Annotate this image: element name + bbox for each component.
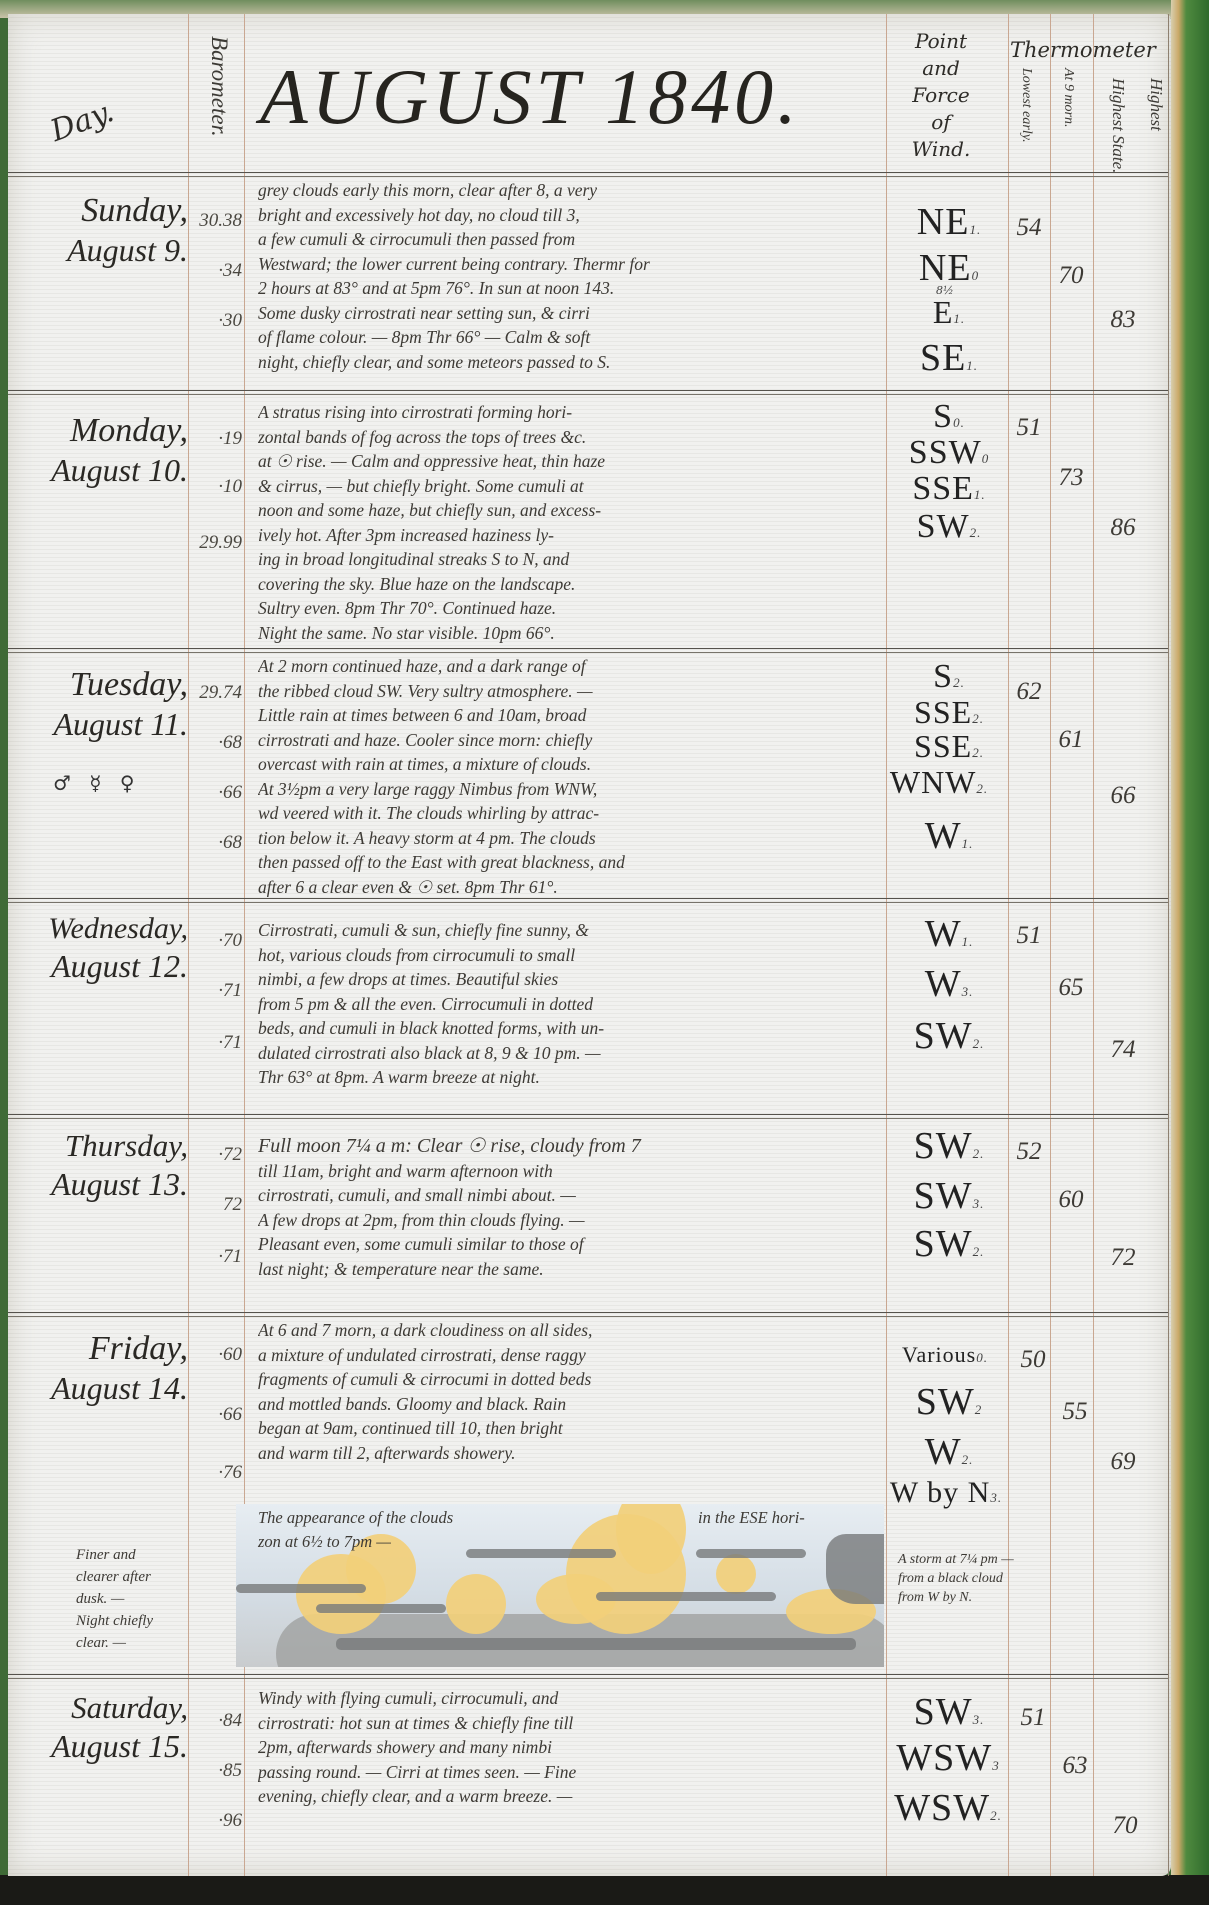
entry-rule bbox=[8, 1674, 1168, 1679]
therm-low: 51 bbox=[1004, 922, 1054, 950]
wind-direction: W bbox=[925, 1431, 962, 1473]
margin-note: Finer and clearer after dusk. — Night ch… bbox=[76, 1544, 153, 1654]
wind-reading: SW2. bbox=[894, 1014, 1004, 1058]
note-line: Thr 63° at 8pm. A warm breeze at night. bbox=[258, 1065, 890, 1090]
sketch-caption: The appearance of the clouds bbox=[258, 1508, 453, 1528]
wind-note-line: from a black cloud bbox=[898, 1569, 1014, 1588]
col-rule-extra bbox=[1168, 14, 1169, 1876]
note-line: noon and some haze, but chiefly sun, and… bbox=[258, 498, 890, 523]
note-line: and warm till 2, afterwards showery. bbox=[258, 1441, 890, 1466]
barometer-reading: ·66 bbox=[186, 1404, 242, 1426]
wind-direction: SW bbox=[914, 1223, 973, 1265]
sketch-stratus-band bbox=[336, 1638, 856, 1650]
wind-force: 1. bbox=[962, 934, 974, 949]
wind-force: 2. bbox=[972, 745, 984, 760]
therm-9am: 61 bbox=[1046, 726, 1096, 754]
note-line: began at 9am, continued till 10, then br… bbox=[258, 1416, 890, 1441]
wind-reading: SSW0 bbox=[894, 434, 1004, 472]
wind-note-line: from W by N. bbox=[898, 1588, 1014, 1607]
note-line: the ribbed cloud SW. Very sultry atmosph… bbox=[258, 679, 890, 704]
note-line: cirrostrati, cumuli, and small nimbi abo… bbox=[258, 1183, 890, 1208]
note-line: ing in broad longitudinal streaks S to N… bbox=[258, 547, 890, 572]
barometer-reading: ·70 bbox=[186, 930, 242, 952]
note-line: 2 hours at 83° and at 5pm 76°. In sun at… bbox=[258, 276, 890, 301]
day-label: Thursday, August 13. bbox=[38, 1128, 188, 1203]
wind-force: 1. bbox=[966, 358, 978, 373]
note-line: a few cumuli & cirrocumuli then passed f… bbox=[258, 227, 890, 252]
barometer-reading: ·66 bbox=[186, 782, 242, 804]
wind-reading: WNW2. bbox=[884, 764, 994, 801]
weather-notes: grey clouds early this morn, clear after… bbox=[258, 178, 890, 374]
therm-9am: 70 bbox=[1046, 262, 1096, 290]
weather-notes: Full moon 7¼ a m: Clear ☉ rise, cloudy f… bbox=[258, 1134, 890, 1281]
note-line: nimbi, a few drops at times. Beautiful s… bbox=[258, 967, 890, 992]
note-line: cirrostrati: hot sun at times & chiefly … bbox=[258, 1711, 890, 1736]
wind-reading: S0. bbox=[894, 398, 1004, 436]
wind-force: 2. bbox=[976, 781, 988, 796]
day-date: August 11. bbox=[38, 706, 188, 743]
day-date: August 9. bbox=[38, 232, 188, 269]
wind-force: 2. bbox=[990, 1808, 1002, 1823]
note-line: evening, chiefly clear, and a warm breez… bbox=[258, 1784, 890, 1809]
wind-direction: SW bbox=[914, 1175, 973, 1217]
note-line: fragments of cumuli & cirrocumi in dotte… bbox=[258, 1367, 890, 1392]
therm-low: 51 bbox=[1004, 414, 1054, 442]
note-line: & cirrus, — but chiefly bright. Some cum… bbox=[258, 474, 890, 499]
barometer-reading: ·71 bbox=[186, 980, 242, 1002]
therm-9am: 65 bbox=[1046, 974, 1096, 1002]
wind-force: 2 bbox=[975, 1402, 983, 1417]
wind-reading: SW2. bbox=[894, 508, 1004, 546]
sketch-cumulus bbox=[446, 1574, 506, 1634]
book-binding bbox=[1171, 0, 1209, 1905]
day-name: Wednesday, bbox=[38, 912, 188, 946]
col-rule-therm-high bbox=[1093, 14, 1094, 1876]
sketch-stratus-band bbox=[466, 1549, 616, 1558]
sketch-caption: in the ESE hori- bbox=[698, 1508, 805, 1528]
wind-direction: SW bbox=[914, 1125, 973, 1167]
barometer-reading: ·19 bbox=[186, 428, 242, 450]
header-wind-line: and bbox=[896, 55, 986, 82]
wind-direction: W bbox=[925, 913, 962, 955]
wind-force: 3. bbox=[962, 984, 974, 999]
weather-notes: At 6 and 7 morn, a dark cloudiness on al… bbox=[258, 1318, 890, 1465]
sketch-dark-cloud bbox=[826, 1534, 884, 1604]
entry-rule bbox=[8, 1312, 1168, 1317]
wind-direction: Various bbox=[902, 1342, 976, 1367]
wind-reading: W2. bbox=[894, 1430, 1004, 1474]
wind-direction: SSE bbox=[914, 728, 972, 764]
note-line: night, chiefly clear, and some meteors p… bbox=[258, 350, 890, 375]
day-date: August 15. bbox=[38, 1728, 188, 1765]
note-line: hot, various clouds from cirrocumuli to … bbox=[258, 943, 890, 968]
wind-force: 0 bbox=[972, 268, 980, 283]
wind-reading: WSW2. bbox=[886, 1786, 1010, 1830]
wind-force: 2. bbox=[973, 1146, 985, 1161]
day-name: Monday, bbox=[38, 412, 188, 450]
day-name: Sunday, bbox=[38, 192, 188, 230]
therm-high: 74 bbox=[1098, 1036, 1148, 1064]
barometer-reading: ·68 bbox=[186, 732, 242, 754]
margin-note-line: clearer after bbox=[76, 1566, 153, 1588]
barometer-reading: ·34 bbox=[186, 260, 242, 282]
barometer-reading: 29.74 bbox=[186, 682, 242, 704]
barometer-reading: ·68 bbox=[186, 832, 242, 854]
wind-force: 0 bbox=[982, 451, 990, 466]
wind-force: 3. bbox=[990, 1490, 1002, 1505]
ledger-page: Day. Barometer. AUGUST 1840. Point and F… bbox=[8, 14, 1171, 1876]
entry-rule bbox=[8, 390, 1168, 395]
wind-reading: Various0. bbox=[890, 1342, 1000, 1368]
sketch-cumulus bbox=[716, 1554, 756, 1594]
note-line: Night the same. No star visible. 10pm 66… bbox=[258, 621, 890, 646]
wind-reading: SW3. bbox=[894, 1174, 1004, 1218]
wind-reading: WSW3 bbox=[886, 1736, 1010, 1780]
note-line: last night; & temperature near the same. bbox=[258, 1257, 890, 1282]
note-line: At 2 morn continued haze, and a dark ran… bbox=[258, 654, 890, 679]
wind-direction: E bbox=[933, 294, 954, 330]
day-date: August 13. bbox=[38, 1166, 188, 1203]
note-line: Cirrostrati, cumuli & sun, chiefly fine … bbox=[258, 918, 890, 943]
day-name: Friday, bbox=[38, 1330, 188, 1368]
wind-direction: W by N bbox=[890, 1476, 990, 1509]
day-label: Saturday, August 15. bbox=[38, 1690, 188, 1765]
book-edge-bottom bbox=[0, 1875, 1209, 1905]
day-date: August 12. bbox=[38, 948, 188, 985]
day-name: Thursday, bbox=[38, 1128, 188, 1164]
weather-notes: Cirrostrati, cumuli & sun, chiefly fine … bbox=[258, 918, 890, 1090]
wind-direction: WSW bbox=[896, 1737, 992, 1779]
wind-force: 1. bbox=[962, 836, 974, 851]
therm-9am: 60 bbox=[1046, 1186, 1096, 1214]
header-wind-line: Wind. bbox=[896, 136, 986, 163]
page-title: AUGUST 1840. bbox=[260, 52, 801, 142]
wind-reading: SSE2. bbox=[894, 728, 1004, 765]
barometer-reading: ·71 bbox=[186, 1032, 242, 1054]
wind-direction: SW bbox=[914, 1691, 973, 1733]
note-line: bright and excessively hot day, no cloud… bbox=[258, 203, 890, 228]
wind-reading: SSE1. bbox=[894, 470, 1004, 508]
wind-reading: SSE2. bbox=[894, 694, 1004, 731]
day-name: Tuesday, bbox=[38, 666, 188, 704]
therm-low: 52 bbox=[1004, 1138, 1054, 1166]
note-line: Full moon 7¼ a m: Clear ☉ rise, cloudy f… bbox=[258, 1134, 890, 1159]
day-label: Tuesday, August 11. bbox=[38, 666, 188, 743]
therm-low: 62 bbox=[1004, 678, 1054, 706]
note-line: Westward; the lower current being contra… bbox=[258, 252, 890, 277]
header-wind-line: of bbox=[896, 109, 986, 136]
wind-direction: SSE bbox=[912, 470, 974, 507]
entry-rule bbox=[8, 1114, 1168, 1119]
wind-reading: SW2. bbox=[894, 1222, 1004, 1266]
day-label: Monday, August 10. bbox=[38, 412, 188, 489]
note-line: At 3½pm a very large raggy Nimbus from W… bbox=[258, 777, 890, 802]
note-line: Pleasant even, some cumuli similar to th… bbox=[258, 1232, 890, 1257]
entry-rule bbox=[8, 898, 1168, 903]
therm-9am: 55 bbox=[1050, 1398, 1100, 1426]
wind-force: 1. bbox=[953, 311, 965, 326]
note-line: and mottled bands. Gloomy and black. Rai… bbox=[258, 1392, 890, 1417]
wind-force: 1. bbox=[969, 222, 981, 237]
note-line: grey clouds early this morn, clear after… bbox=[258, 178, 890, 203]
note-line: covering the sky. Blue haze on the lands… bbox=[258, 572, 890, 597]
wind-reading: SW2 bbox=[894, 1380, 1004, 1424]
wind-force: 2. bbox=[973, 1036, 985, 1051]
wind-reading: S2. bbox=[894, 658, 1004, 696]
weather-notes: A stratus rising into cirrostrati formin… bbox=[258, 400, 890, 645]
sketch-stratus-band bbox=[696, 1549, 806, 1558]
barometer-reading: ·60 bbox=[186, 1344, 242, 1366]
wind-direction: W bbox=[925, 815, 962, 857]
wind-direction: SW bbox=[914, 1015, 973, 1057]
wind-force: 2. bbox=[973, 1244, 985, 1259]
wind-reading: W3. bbox=[894, 962, 1004, 1006]
wind-reading: SW2. bbox=[894, 1124, 1004, 1168]
header-day: Day. bbox=[46, 94, 119, 149]
wind-direction: SW bbox=[917, 508, 970, 545]
note-line: Some dusky cirrostrati near setting sun,… bbox=[258, 301, 890, 326]
header-barometer: Barometer. bbox=[206, 36, 232, 137]
therm-high: 83 bbox=[1098, 306, 1148, 334]
note-line: At 6 and 7 morn, a dark cloudiness on al… bbox=[258, 1318, 890, 1343]
wind-force: 0. bbox=[953, 415, 965, 430]
barometer-reading: 72 bbox=[186, 1194, 242, 1216]
note-line: zontal bands of fog across the tops of t… bbox=[258, 425, 890, 450]
barometer-reading: ·72 bbox=[186, 1144, 242, 1166]
barometer-reading: ·84 bbox=[186, 1710, 242, 1732]
header-rule bbox=[8, 172, 1168, 177]
therm-9am: 63 bbox=[1050, 1752, 1100, 1780]
day-date: August 10. bbox=[38, 452, 188, 489]
wind-direction: S bbox=[933, 398, 953, 435]
day-name: Saturday, bbox=[38, 1690, 188, 1726]
wind-force: 0. bbox=[976, 1350, 988, 1365]
wind-reading: W1. bbox=[894, 814, 1004, 858]
note-line: from 5 pm & all the even. Cirrocumuli in… bbox=[258, 992, 890, 1017]
wind-direction: WNW bbox=[890, 764, 977, 800]
note-line: passing round. — Cirri at times seen. — … bbox=[258, 1760, 890, 1785]
wind-direction: SW bbox=[916, 1381, 975, 1423]
wind-direction: SE bbox=[920, 337, 966, 379]
therm-high: 72 bbox=[1098, 1244, 1148, 1272]
note-line: dulated cirrostrati also black at 8, 9 &… bbox=[258, 1041, 890, 1066]
wind-force: 3. bbox=[973, 1196, 985, 1211]
wind-force: 2. bbox=[953, 675, 965, 690]
cloud-sketch-illustration bbox=[236, 1504, 884, 1667]
barometer-reading: 29.99 bbox=[186, 532, 242, 554]
wind-reading: SE1. bbox=[894, 336, 1004, 380]
sketch-stratus-band bbox=[596, 1592, 776, 1601]
day-label: Sunday, August 9. bbox=[38, 192, 188, 269]
wind-reading: SW3. bbox=[894, 1690, 1004, 1734]
sketch-caption: zon at 6½ to 7pm — bbox=[258, 1532, 391, 1552]
planet-symbols: ♂ ☿ ♀ bbox=[53, 771, 141, 795]
entry-rule bbox=[8, 648, 1168, 653]
wind-storm-note: A storm at 7¼ pm — from a black cloud fr… bbox=[898, 1550, 1014, 1607]
wind-reading: E1. bbox=[894, 294, 1004, 331]
wind-reading: W1. bbox=[894, 912, 1004, 956]
note-line: tion below it. A heavy storm at 4 pm. Th… bbox=[258, 826, 890, 851]
day-label: Wednesday, August 12. bbox=[38, 912, 188, 985]
margin-note-line: Night chiefly bbox=[76, 1610, 153, 1632]
margin-note-line: dusk. — bbox=[76, 1588, 153, 1610]
therm-low: 51 bbox=[1008, 1704, 1058, 1732]
header-thermometer: Thermometer bbox=[1010, 38, 1156, 62]
barometer-reading: ·76 bbox=[186, 1462, 242, 1484]
header-wind-line: Force bbox=[896, 82, 986, 109]
day-date: August 14. bbox=[38, 1370, 188, 1407]
note-line: then passed off to the East with great b… bbox=[258, 850, 890, 875]
therm-high: 69 bbox=[1098, 1448, 1148, 1476]
note-line: of flame colour. — 8pm Thr 66° — Calm & … bbox=[258, 325, 890, 350]
wind-force: 1. bbox=[974, 487, 986, 502]
note-line: after 6 a clear even & ☉ set. 8pm Thr 61… bbox=[258, 875, 890, 900]
barometer-reading: ·10 bbox=[186, 476, 242, 498]
note-line: a mixture of undulated cirrostrati, dens… bbox=[258, 1343, 890, 1368]
note-line: A stratus rising into cirrostrati formin… bbox=[258, 400, 890, 425]
sketch-stratus-band bbox=[236, 1584, 366, 1593]
sketch-stratus-band bbox=[316, 1604, 446, 1613]
note-line: cirrostrati and haze. Cooler since morn:… bbox=[258, 728, 890, 753]
weather-notes: At 2 morn continued haze, and a dark ran… bbox=[258, 654, 890, 899]
wind-reading: NE1. bbox=[894, 200, 1004, 244]
wind-reading: W by N3. bbox=[886, 1476, 1006, 1510]
note-line: at ☉ rise. — Calm and oppressive heat, t… bbox=[258, 449, 890, 474]
wind-force: 3 bbox=[992, 1758, 1000, 1773]
therm-high: 66 bbox=[1098, 782, 1148, 810]
margin-note-line: Finer and bbox=[76, 1544, 153, 1566]
wind-direction: W bbox=[925, 963, 962, 1005]
wind-force: 2. bbox=[972, 711, 984, 726]
wind-direction: SSW bbox=[909, 434, 982, 471]
note-line: Little rain at times between 6 and 10am,… bbox=[258, 703, 890, 728]
note-line: overcast with rain at times, a mixture o… bbox=[258, 752, 890, 777]
note-line: Sultry even. 8pm Thr 70°. Continued haze… bbox=[258, 596, 890, 621]
therm-9am: 73 bbox=[1046, 464, 1096, 492]
day-label: Friday, August 14. bbox=[38, 1330, 188, 1407]
barometer-reading: ·30 bbox=[186, 310, 242, 332]
therm-high: 86 bbox=[1098, 514, 1148, 542]
wind-direction: NE bbox=[917, 201, 970, 243]
header-therm-9am: At 9 morn. bbox=[1060, 68, 1076, 178]
barometer-reading: ·71 bbox=[186, 1246, 242, 1268]
wind-direction: WSW bbox=[894, 1787, 990, 1829]
note-line: Windy with flying cumuli, cirrocumuli, a… bbox=[258, 1686, 890, 1711]
wind-force: 3. bbox=[973, 1712, 985, 1727]
note-line: ively hot. After 3pm increased haziness … bbox=[258, 523, 890, 548]
wind-note-line: A storm at 7¼ pm — bbox=[898, 1550, 1014, 1569]
therm-low: 50 bbox=[1008, 1346, 1058, 1374]
note-line: 2pm, afterwards showery and many nimbi bbox=[258, 1735, 890, 1760]
wind-time-note: 8½ bbox=[936, 284, 954, 297]
wind-direction: S bbox=[933, 658, 953, 695]
barometer-reading: ·96 bbox=[186, 1810, 242, 1832]
note-line: A few drops at 2pm, from thin clouds fly… bbox=[258, 1208, 890, 1233]
barometer-reading: ·85 bbox=[186, 1760, 242, 1782]
barometer-reading: 30.38 bbox=[186, 210, 242, 232]
therm-low: 54 bbox=[1004, 214, 1054, 242]
weather-notes: Windy with flying cumuli, cirrocumuli, a… bbox=[258, 1686, 890, 1809]
wind-direction: NE bbox=[919, 247, 972, 289]
header-wind-line: Point bbox=[896, 28, 986, 55]
note-line: beds, and cumuli in black knotted forms,… bbox=[258, 1016, 890, 1041]
header-therm-low: Lowest early. bbox=[1018, 68, 1034, 168]
wind-direction: SSE bbox=[914, 694, 972, 730]
wind-force: 2. bbox=[962, 1452, 974, 1467]
note-line: till 11am, bright and warm afternoon wit… bbox=[258, 1159, 890, 1184]
therm-high: 70 bbox=[1100, 1812, 1150, 1840]
note-line: wd veered with it. The clouds whirling b… bbox=[258, 801, 890, 826]
margin-note-line: clear. — bbox=[76, 1632, 153, 1654]
wind-force: 2. bbox=[970, 525, 982, 540]
header-wind: Point and Force of Wind. bbox=[896, 28, 986, 163]
